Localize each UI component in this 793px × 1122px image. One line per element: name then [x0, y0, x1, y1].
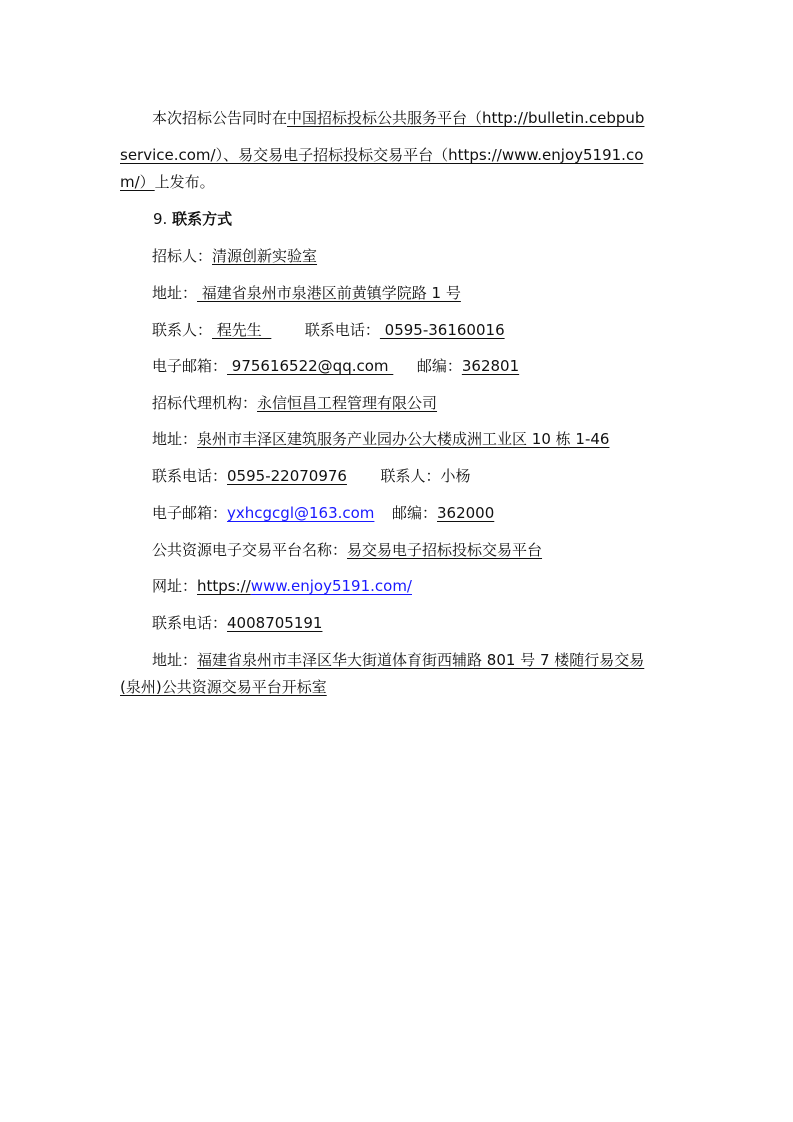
- agency-contact-label: 联系人：: [381, 467, 441, 485]
- intro-text: 本次招标公告同时在: [152, 109, 287, 127]
- platform-phone-row: 联系电话：4008705191: [152, 613, 322, 633]
- intro-line-2: service.com/）、易交易电子招标投标交易平台（https://www.…: [120, 145, 643, 165]
- tenderer-email-label: 电子邮箱：: [152, 357, 227, 375]
- platform-phone-value: 4008705191: [227, 614, 322, 632]
- agency-email-link[interactable]: yxhcgcgl@163.com: [227, 504, 374, 522]
- agency-contact-value: 小杨: [441, 467, 471, 485]
- platform-url-link[interactable]: www.enjoy5191.com/: [251, 577, 412, 595]
- section-title: 联系方式: [172, 210, 232, 228]
- intro-platform-link-1[interactable]: 中国招标投标公共服务平台（http://bulletin.cebpub: [287, 109, 644, 127]
- agency-value: 永信恒昌工程管理有限公司: [257, 394, 437, 412]
- tenderer-email-row: 电子邮箱： 975616522@qq.com 邮编：362801: [152, 356, 519, 376]
- section-number: 9.: [153, 210, 167, 228]
- agency-email-row: 电子邮箱：yxhcgcgl@163.com 邮编：362000: [152, 503, 494, 523]
- tenderer-address-row: 地址： 福建省泉州市泉港区前黄镇学院路 1 号: [152, 283, 461, 303]
- platform-address-label: 地址：: [152, 651, 197, 669]
- tenderer-contact-value: 程先生: [212, 321, 271, 339]
- intro-platform-link-2[interactable]: service.com/）、易交易电子招标投标交易平台（https://www.…: [120, 146, 643, 164]
- tenderer-value: 清源创新实验室: [212, 247, 317, 265]
- agency-email-label: 电子邮箱：: [152, 504, 227, 522]
- agency-address-row: 地址：泉州市丰泽区建筑服务产业园办公大楼成洲工业区 10 栋 1-46: [152, 429, 609, 449]
- tenderer-phone-label: 联系电话：: [305, 321, 380, 339]
- intro-line-1: 本次招标公告同时在中国招标投标公共服务平台（http://bulletin.ce…: [152, 108, 644, 128]
- tenderer-email-value: 975616522@qq.com: [227, 357, 393, 375]
- platform-name-label: 公共资源电子交易平台名称：: [152, 541, 347, 559]
- tenderer-contact-label: 联系人：: [152, 321, 212, 339]
- platform-address-row: 地址：福建省泉州市丰泽区华大街道体育街西辅路 801 号 7 楼随行易交易: [152, 650, 644, 670]
- tenderer-label: 招标人：: [152, 247, 212, 265]
- agency-phone-value: 0595-22070976: [227, 467, 347, 485]
- tenderer-address-label: 地址：: [152, 284, 197, 302]
- agency-address-label: 地址：: [152, 430, 197, 448]
- tenderer-row: 招标人：清源创新实验室: [152, 246, 317, 266]
- intro-line-3: m/）上发布。: [120, 172, 215, 192]
- agency-postcode-label: 邮编：: [392, 504, 437, 522]
- intro-platform-link-3[interactable]: m/）: [120, 173, 155, 191]
- agency-label: 招标代理机构：: [152, 394, 257, 412]
- platform-url-label: 网址：: [152, 577, 197, 595]
- agency-address-value: 泉州市丰泽区建筑服务产业园办公大楼成洲工业区 10 栋 1-46: [197, 430, 609, 448]
- tenderer-postcode-label: 邮编：: [417, 357, 462, 375]
- tenderer-phone-value: 0595-36160016: [380, 321, 505, 339]
- agency-row: 招标代理机构：永信恒昌工程管理有限公司: [152, 393, 437, 413]
- platform-url-prefix[interactable]: https://: [197, 577, 251, 595]
- section-heading: 9. 联系方式: [153, 209, 232, 229]
- document-page: 本次招标公告同时在中国招标投标公共服务平台（http://bulletin.ce…: [0, 0, 793, 1122]
- tenderer-contact-row: 联系人： 程先生 联系电话： 0595-36160016: [152, 320, 505, 340]
- platform-name-value: 易交易电子招标投标交易平台: [347, 541, 542, 559]
- tenderer-postcode-value: 362801: [462, 357, 519, 375]
- platform-address-line-2: (泉州)公共资源交易平台开标室: [120, 678, 327, 696]
- agency-phone-row: 联系电话：0595-22070976 联系人：小杨: [152, 466, 471, 486]
- platform-address-line-1: 福建省泉州市丰泽区华大街道体育街西辅路 801 号 7 楼随行易交易: [197, 651, 644, 669]
- intro-suffix: 上发布。: [155, 173, 215, 191]
- agency-phone-label: 联系电话：: [152, 467, 227, 485]
- platform-url-row: 网址：https://www.enjoy5191.com/: [152, 576, 412, 596]
- platform-address-continuation: (泉州)公共资源交易平台开标室: [120, 677, 327, 697]
- platform-name-row: 公共资源电子交易平台名称：易交易电子招标投标交易平台: [152, 540, 542, 560]
- tenderer-address-value: 福建省泉州市泉港区前黄镇学院路 1 号: [197, 284, 461, 302]
- agency-postcode-value: 362000: [437, 504, 494, 522]
- platform-phone-label: 联系电话：: [152, 614, 227, 632]
